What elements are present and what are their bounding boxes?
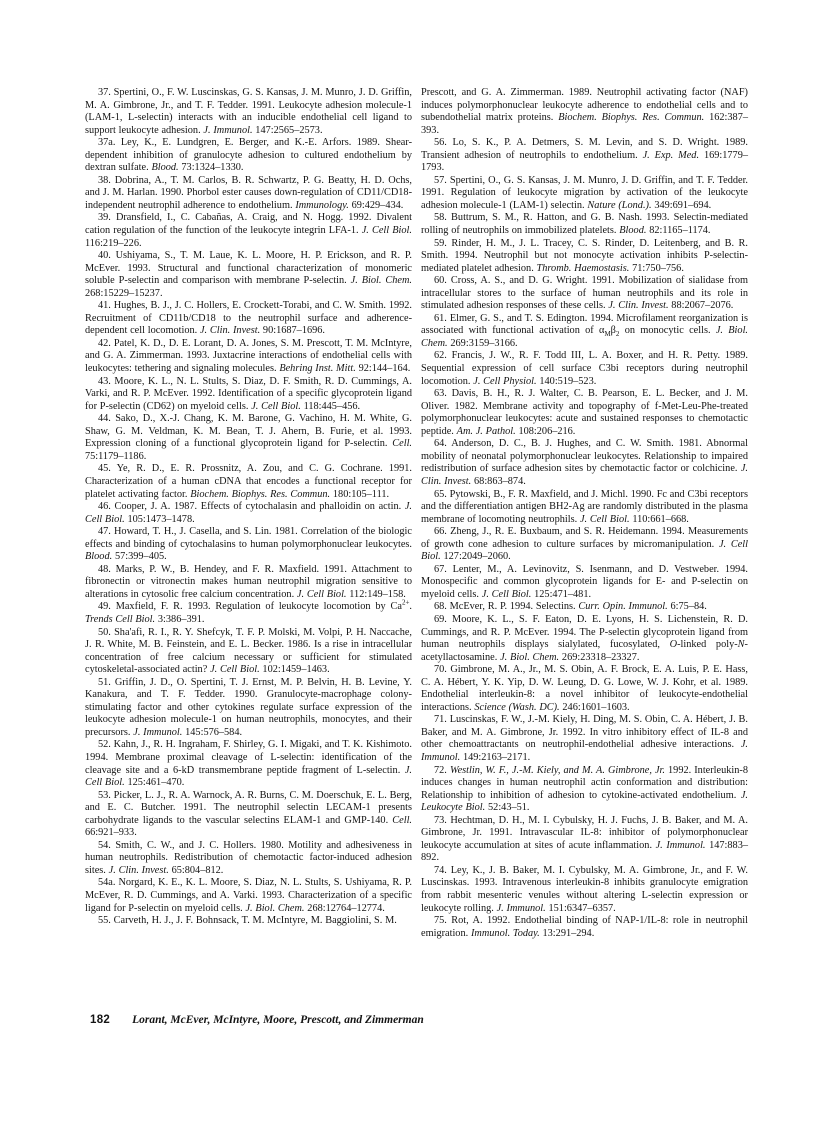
reference-item: 54. Smith, C. W., and J. C. Hollers. 198… — [85, 840, 412, 878]
reference-item: 37a. Ley, K., E. Lundgren, E. Berger, an… — [85, 137, 412, 175]
reference-item: 38. Dobrina, A., T. M. Carlos, B. R. Sch… — [85, 175, 412, 213]
reference-item: 49. Maxfield, F. R. 1993. Regulation of … — [85, 601, 412, 626]
reference-item: 39. Dransfield, I., C. Cabañas, A. Craig… — [85, 212, 412, 250]
reference-item: 75. Rot, A. 1992. Endothelial binding of… — [421, 915, 748, 940]
reference-item: 67. Lenter, M., A. Levinovitz, S. Isenma… — [421, 564, 748, 602]
reference-item: 73. Hechtman, D. H., M. I. Cybulsky, H. … — [421, 815, 748, 865]
reference-item: 60. Cross, A. S., and D. G. Wright. 1991… — [421, 275, 748, 313]
page-number: 182 — [90, 1014, 110, 1026]
reference-item: 65. Pytowski, B., F. R. Maxfield, and J.… — [421, 489, 748, 527]
references-column-left: 37. Spertini, O., F. W. Luscinskas, G. S… — [85, 87, 412, 940]
reference-item: 45. Ye, R. D., E. R. Prossnitz, A. Zou, … — [85, 463, 412, 501]
reference-item: 66. Zheng, J., R. E. Buxbaum, and S. R. … — [421, 526, 748, 564]
references-column-right: Prescott, and G. A. Zimmerman. 1989. Neu… — [421, 87, 748, 940]
reference-item: 54a. Norgard, K. E., K. L. Moore, S. Dia… — [85, 877, 412, 915]
reference-item: 59. Rinder, H. M., J. L. Tracey, C. S. R… — [421, 238, 748, 276]
reference-item: 74. Ley, K., J. B. Baker, M. I. Cybulsky… — [421, 865, 748, 915]
reference-item: 58. Buttrum, S. M., R. Hatton, and G. B.… — [421, 212, 748, 237]
reference-item: 55. Carveth, H. J., J. F. Bohnsack, T. M… — [85, 915, 412, 928]
reference-item: 37. Spertini, O., F. W. Luscinskas, G. S… — [85, 87, 412, 137]
reference-item: 40. Ushiyama, S., T. M. Laue, K. L. Moor… — [85, 250, 412, 300]
reference-item: 69. Moore, K. L., S. F. Eaton, D. E. Lyo… — [421, 614, 748, 664]
reference-item: 50. Sha'afi, R. I., R. Y. Shefcyk, T. F.… — [85, 627, 412, 677]
reference-item: 62. Francis, J. W., R. F. Todd III, L. A… — [421, 350, 748, 388]
reference-item: 72. Westlin, W. F., J.-M. Kiely, and M. … — [421, 765, 748, 815]
reference-item: 68. McEver, R. P. 1994. Selectins. Curr.… — [421, 601, 748, 614]
reference-item: 57. Spertini, O., G. S. Kansas, J. M. Mu… — [421, 175, 748, 213]
reference-item: 53. Picker, L. J., R. A. Warnock, A. R. … — [85, 790, 412, 840]
reference-item: 63. Davis, B. H., R. J. Walter, C. B. Pe… — [421, 388, 748, 438]
running-authors: Lorant, McEver, McIntyre, Moore, Prescot… — [132, 1014, 424, 1026]
references-section: 37. Spertini, O., F. W. Luscinskas, G. S… — [85, 87, 748, 940]
reference-item: 64. Anderson, D. C., B. J. Hughes, and C… — [421, 438, 748, 488]
reference-item: 71. Luscinskas, F. W., J.-M. Kiely, H. D… — [421, 714, 748, 764]
reference-item: 44. Sako, D., X.-J. Chang, K. M. Barone,… — [85, 413, 412, 463]
reference-item: 48. Marks, P. W., B. Hendey, and F. R. M… — [85, 564, 412, 602]
reference-item: 41. Hughes, B. J., J. C. Hollers, E. Cro… — [85, 300, 412, 338]
reference-item: 61. Elmer, G. S., and T. S. Edington. 19… — [421, 313, 748, 351]
reference-item: 47. Howard, T. H., J. Casella, and S. Li… — [85, 526, 412, 564]
journal-page: 37. Spertini, O., F. W. Luscinskas, G. S… — [0, 0, 816, 1135]
reference-item: 56. Lo, S. K., P. A. Detmers, S. M. Levi… — [421, 137, 748, 175]
reference-item: 51. Griffin, J. D., O. Spertini, T. J. E… — [85, 677, 412, 740]
reference-item: 52. Kahn, J., R. H. Ingraham, F. Shirley… — [85, 739, 412, 789]
reference-item: 42. Patel, K. D., D. E. Lorant, D. A. Jo… — [85, 338, 412, 376]
reference-item: 43. Moore, K. L., N. L. Stults, S. Diaz,… — [85, 376, 412, 414]
reference-item: 70. Gimbrone, M. A., Jr., M. S. Obin, A.… — [421, 664, 748, 714]
reference-item: 46. Cooper, J. A. 1987. Effects of cytoc… — [85, 501, 412, 526]
page-footer: 182 Lorant, McEver, McIntyre, Moore, Pre… — [90, 1014, 424, 1026]
reference-item: Prescott, and G. A. Zimmerman. 1989. Neu… — [421, 87, 748, 137]
